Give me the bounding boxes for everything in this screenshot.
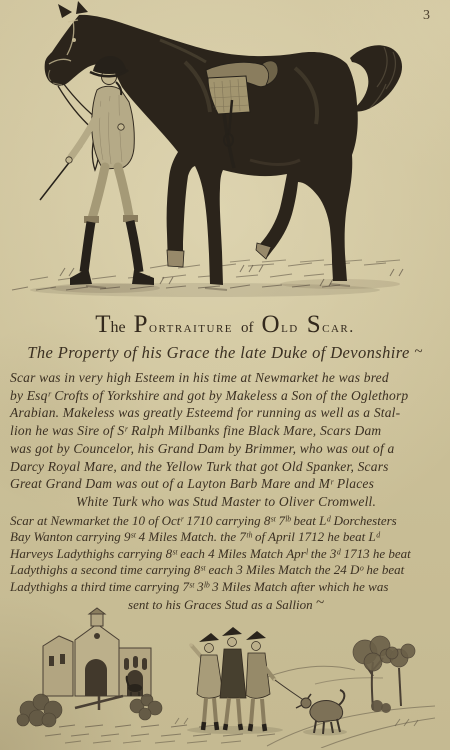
trees <box>353 636 415 713</box>
fallen-beam <box>75 696 123 710</box>
gentlemen-figures <box>187 627 283 734</box>
arched-doorway <box>85 659 107 696</box>
title-word: Old <box>262 311 299 339</box>
vignette-scene <box>15 606 435 748</box>
boot-cuff-left <box>84 216 99 223</box>
text-line: Ladythighs a second time carrying 8ˢᵗ ea… <box>10 562 442 578</box>
text-line: lion he was Sire of Sʳ Ralph Milbanks fi… <box>10 422 442 440</box>
dog-tail <box>339 690 344 705</box>
gentleman-dark-coat <box>220 627 246 730</box>
groom-hand-reins <box>118 124 124 130</box>
title-word: Scar. <box>307 311 355 339</box>
annex-door <box>127 670 143 696</box>
text-line: was got by Councelor, his Grand Dam by B… <box>10 440 442 458</box>
gentleman-pointing <box>189 633 223 730</box>
race-record-paragraph: Scar at Newmarket the 10 of Octʳ 1710 ca… <box>10 513 442 613</box>
text-line: Arabian. Makeless was greatly Esteemd fo… <box>10 404 442 422</box>
plate-subtitle: The Property of his Grace the late Duke … <box>0 343 450 363</box>
groom-hand-whip <box>66 157 72 163</box>
title-word: The <box>95 311 125 339</box>
text-line: Harveys Ladythighs carrying 8ˢᵗ each 4 M… <box>10 546 442 562</box>
text-line: by Esqʳ Crofts of Yorkshire and got by M… <box>10 387 442 405</box>
engraved-page: { "page": { "number": "3" }, "colors": {… <box>0 0 450 750</box>
text-line: Great Grand Dam was out of a Layton Barb… <box>10 475 442 493</box>
title-word: Portraiture <box>134 311 233 339</box>
text-line: Darcy Royal Mare, and the Yellow Turk th… <box>10 458 442 476</box>
horse-engraving <box>0 0 450 310</box>
title-word: of <box>241 320 254 337</box>
pedigree-paragraph: Scar was in very high Esteem in his time… <box>10 369 442 511</box>
boot-foot-right <box>132 270 154 285</box>
boot-right <box>130 221 139 272</box>
text-line: Ladythighs a third time carrying 7ˢᵗ 3ˡᵇ… <box>10 579 442 595</box>
text-line: Scar at Newmarket the 10 of Octʳ 1710 ca… <box>10 513 442 529</box>
groom-leg-left <box>91 167 105 222</box>
groom-coat <box>92 86 135 169</box>
stable-buildings <box>43 608 151 710</box>
boot-left <box>84 222 91 272</box>
text-line: Bay Wanton carrying 9ˢᵗ 4 Miles Match. t… <box>10 529 442 545</box>
groom-leg-right <box>118 167 130 221</box>
bushes <box>17 694 162 727</box>
plate-title: The Portraiture of Old Scar. <box>0 311 450 339</box>
flourish-mark: ~ <box>414 344 423 360</box>
text-line: Scar was in very high Esteem in his time… <box>10 369 442 387</box>
text-line: White Turk who was Stud Master to Oliver… <box>10 493 442 511</box>
lifted-fore-hoof <box>167 250 184 267</box>
subtitle-text: The Property of his Grace the late Duke … <box>27 343 409 362</box>
gentleman-with-leash <box>246 631 277 731</box>
